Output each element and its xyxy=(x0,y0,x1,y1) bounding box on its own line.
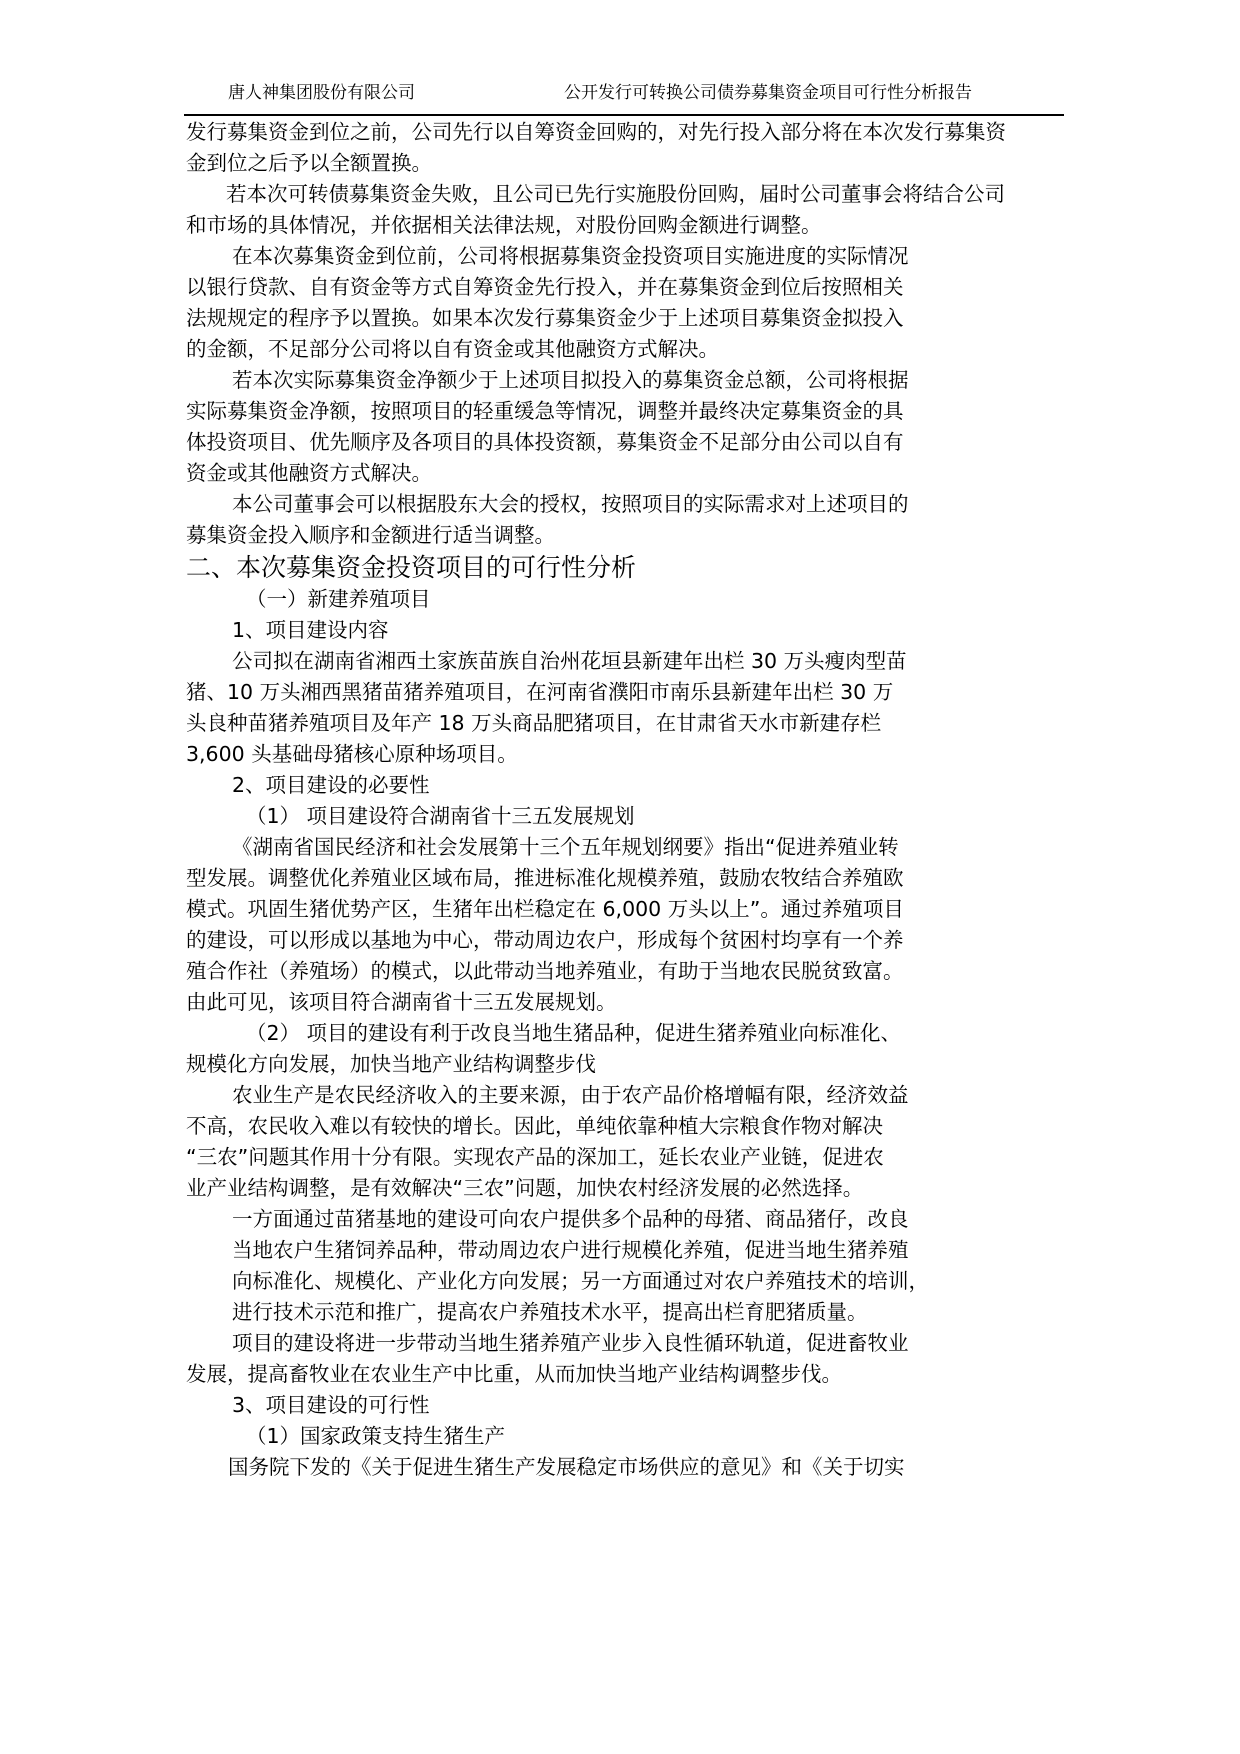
text-line: 项目的建设将进一步带动当地生猪养殖产业步入良性循环轨道，促进畜牧业 xyxy=(186,1328,1066,1359)
document-body: 发行募集资金到位之前，公司先行以自筹资金回购的，对先行投入部分将在本次发行募集资… xyxy=(186,117,1066,1483)
text-line: 不高，农民收入难以有较快的增长。因此，单纯依靠种植大宗粮食作物对解决 xyxy=(186,1111,1066,1142)
text-line: 1、项目建设内容 xyxy=(186,615,1066,646)
text-line: 头良种苗猪养殖项目及年产 18 万头商品肥猪项目，在甘肃省天水市新建存栏 xyxy=(186,708,1066,739)
text-line: 3,600 头基础母猪核心原种场项目。 xyxy=(186,739,1066,770)
text-line: 猪、10 万头湘西黑猪苗猪养殖项目，在河南省濮阳市南乐县新建年出栏 30 万 xyxy=(186,677,1066,708)
text-line: 在本次募集资金到位前，公司将根据募集资金投资项目实施进度的实际情况 xyxy=(186,241,1066,272)
text-line: “三农”问题其作用十分有限。实现农产品的深加工，延长农业产业链，促进农 xyxy=(186,1142,1066,1173)
text-line: 金到位之后予以全额置换。 xyxy=(186,148,1066,179)
text-line: 2、项目建设的必要性 xyxy=(186,770,1066,801)
text-line: 殖合作社（养殖场）的模式，以此带动当地养殖业，有助于当地农民脱贫致富。 xyxy=(186,956,1066,987)
text-line: 和市场的具体情况，并依据相关法律法规，对股份回购金额进行调整。 xyxy=(186,210,1066,241)
text-line: 的金额，不足部分公司将以自有资金或其他融资方式解决。 xyxy=(186,334,1066,365)
text-line: 3、项目建设的可行性 xyxy=(186,1390,1066,1421)
text-line: 资金或其他融资方式解决。 xyxy=(186,458,1066,489)
text-line: 公司拟在湖南省湘西土家族苗族自治州花垣县新建年出栏 30 万头瘦肉型苗 xyxy=(186,646,1066,677)
text-line: 法规规定的程序予以置换。如果本次发行募集资金少于上述项目募集资金拟投入 xyxy=(186,303,1066,334)
text-line: 由此可见，该项目符合湖南省十三五发展规划。 xyxy=(186,987,1066,1018)
section-heading: 二、本次募集资金投资项目的可行性分析 xyxy=(186,551,1066,584)
text-line: 业产业结构调整，是有效解决“三农”问题，加快农村经济发展的必然选择。 xyxy=(186,1173,1066,1204)
text-line: 实际募集资金净额，按照项目的轻重缓急等情况，调整并最终决定募集资金的具 xyxy=(186,396,1066,427)
text-line: （1） 项目建设符合湖南省十三五发展规划 xyxy=(186,801,1066,832)
header-report-title: 公开发行可转换公司债券募集资金项目可行性分析报告 xyxy=(564,78,972,103)
text-line: 的建设，可以形成以基地为中心，带动周边农户，形成每个贫困村均享有一个养 xyxy=(186,925,1066,956)
text-line: 本公司董事会可以根据股东大会的授权，按照项目的实际需求对上述项目的 xyxy=(186,489,1066,520)
text-line: 体投资项目、优先顺序及各项目的具体投资额，募集资金不足部分由公司以自有 xyxy=(186,427,1066,458)
text-line: 向标准化、规模化、产业化方向发展；另一方面通过对农户养殖技术的培训， xyxy=(186,1266,1066,1297)
header-rule xyxy=(184,114,1064,116)
text-line: （1）国家政策支持生猪生产 xyxy=(186,1421,1066,1452)
text-line: （2） 项目的建设有利于改良当地生猪品种，促进生猪养殖业向标准化、 xyxy=(186,1018,1066,1049)
text-line: 一方面通过苗猪基地的建设可向农户提供多个品种的母猪、商品猪仔，改良 xyxy=(186,1204,1066,1235)
text-line: 以银行贷款、自有资金等方式自筹资金先行投入，并在募集资金到位后按照相关 xyxy=(186,272,1066,303)
text-line: 国务院下发的《关于促进生猪生产发展稳定市场供应的意见》和《关于切实 xyxy=(186,1452,1066,1483)
text-line: 型发展。调整优化养殖业区域布局，推进标准化规模养殖，鼓励农牧结合养殖欧 xyxy=(186,863,1066,894)
header-company-name: 唐人神集团股份有限公司 xyxy=(228,78,415,103)
text-line: 当地农户生猪饲养品种，带动周边农户进行规模化养殖，促进当地生猪养殖 xyxy=(186,1235,1066,1266)
text-line: 模式。巩固生猪优势产区，生猪年出栏稳定在 6,000 万头以上”。通过养殖项目 xyxy=(186,894,1066,925)
page-header: 唐人神集团股份有限公司 公开发行可转换公司债券募集资金项目可行性分析报告 xyxy=(184,74,1064,114)
text-line: （一）新建养殖项目 xyxy=(186,584,1066,615)
text-line: 募集资金投入顺序和金额进行适当调整。 xyxy=(186,520,1066,551)
text-line: 若本次可转债募集资金失败，且公司已先行实施股份回购，届时公司董事会将结合公司 xyxy=(186,179,1066,210)
text-line: 发行募集资金到位之前，公司先行以自筹资金回购的，对先行投入部分将在本次发行募集资 xyxy=(186,117,1066,148)
text-line: 若本次实际募集资金净额少于上述项目拟投入的募集资金总额，公司将根据 xyxy=(186,365,1066,396)
text-line: 《湖南省国民经济和社会发展第十三个五年规划纲要》指出“促进养殖业转 xyxy=(186,832,1066,863)
text-line: 进行技术示范和推广，提高农户养殖技术水平，提高出栏育肥猪质量。 xyxy=(186,1297,1066,1328)
text-line: 发展，提高畜牧业在农业生产中比重，从而加快当地产业结构调整步伐。 xyxy=(186,1359,1066,1390)
text-line: 规模化方向发展，加快当地产业结构调整步伐 xyxy=(186,1049,1066,1080)
text-line: 农业生产是农民经济收入的主要来源，由于农产品价格增幅有限，经济效益 xyxy=(186,1080,1066,1111)
